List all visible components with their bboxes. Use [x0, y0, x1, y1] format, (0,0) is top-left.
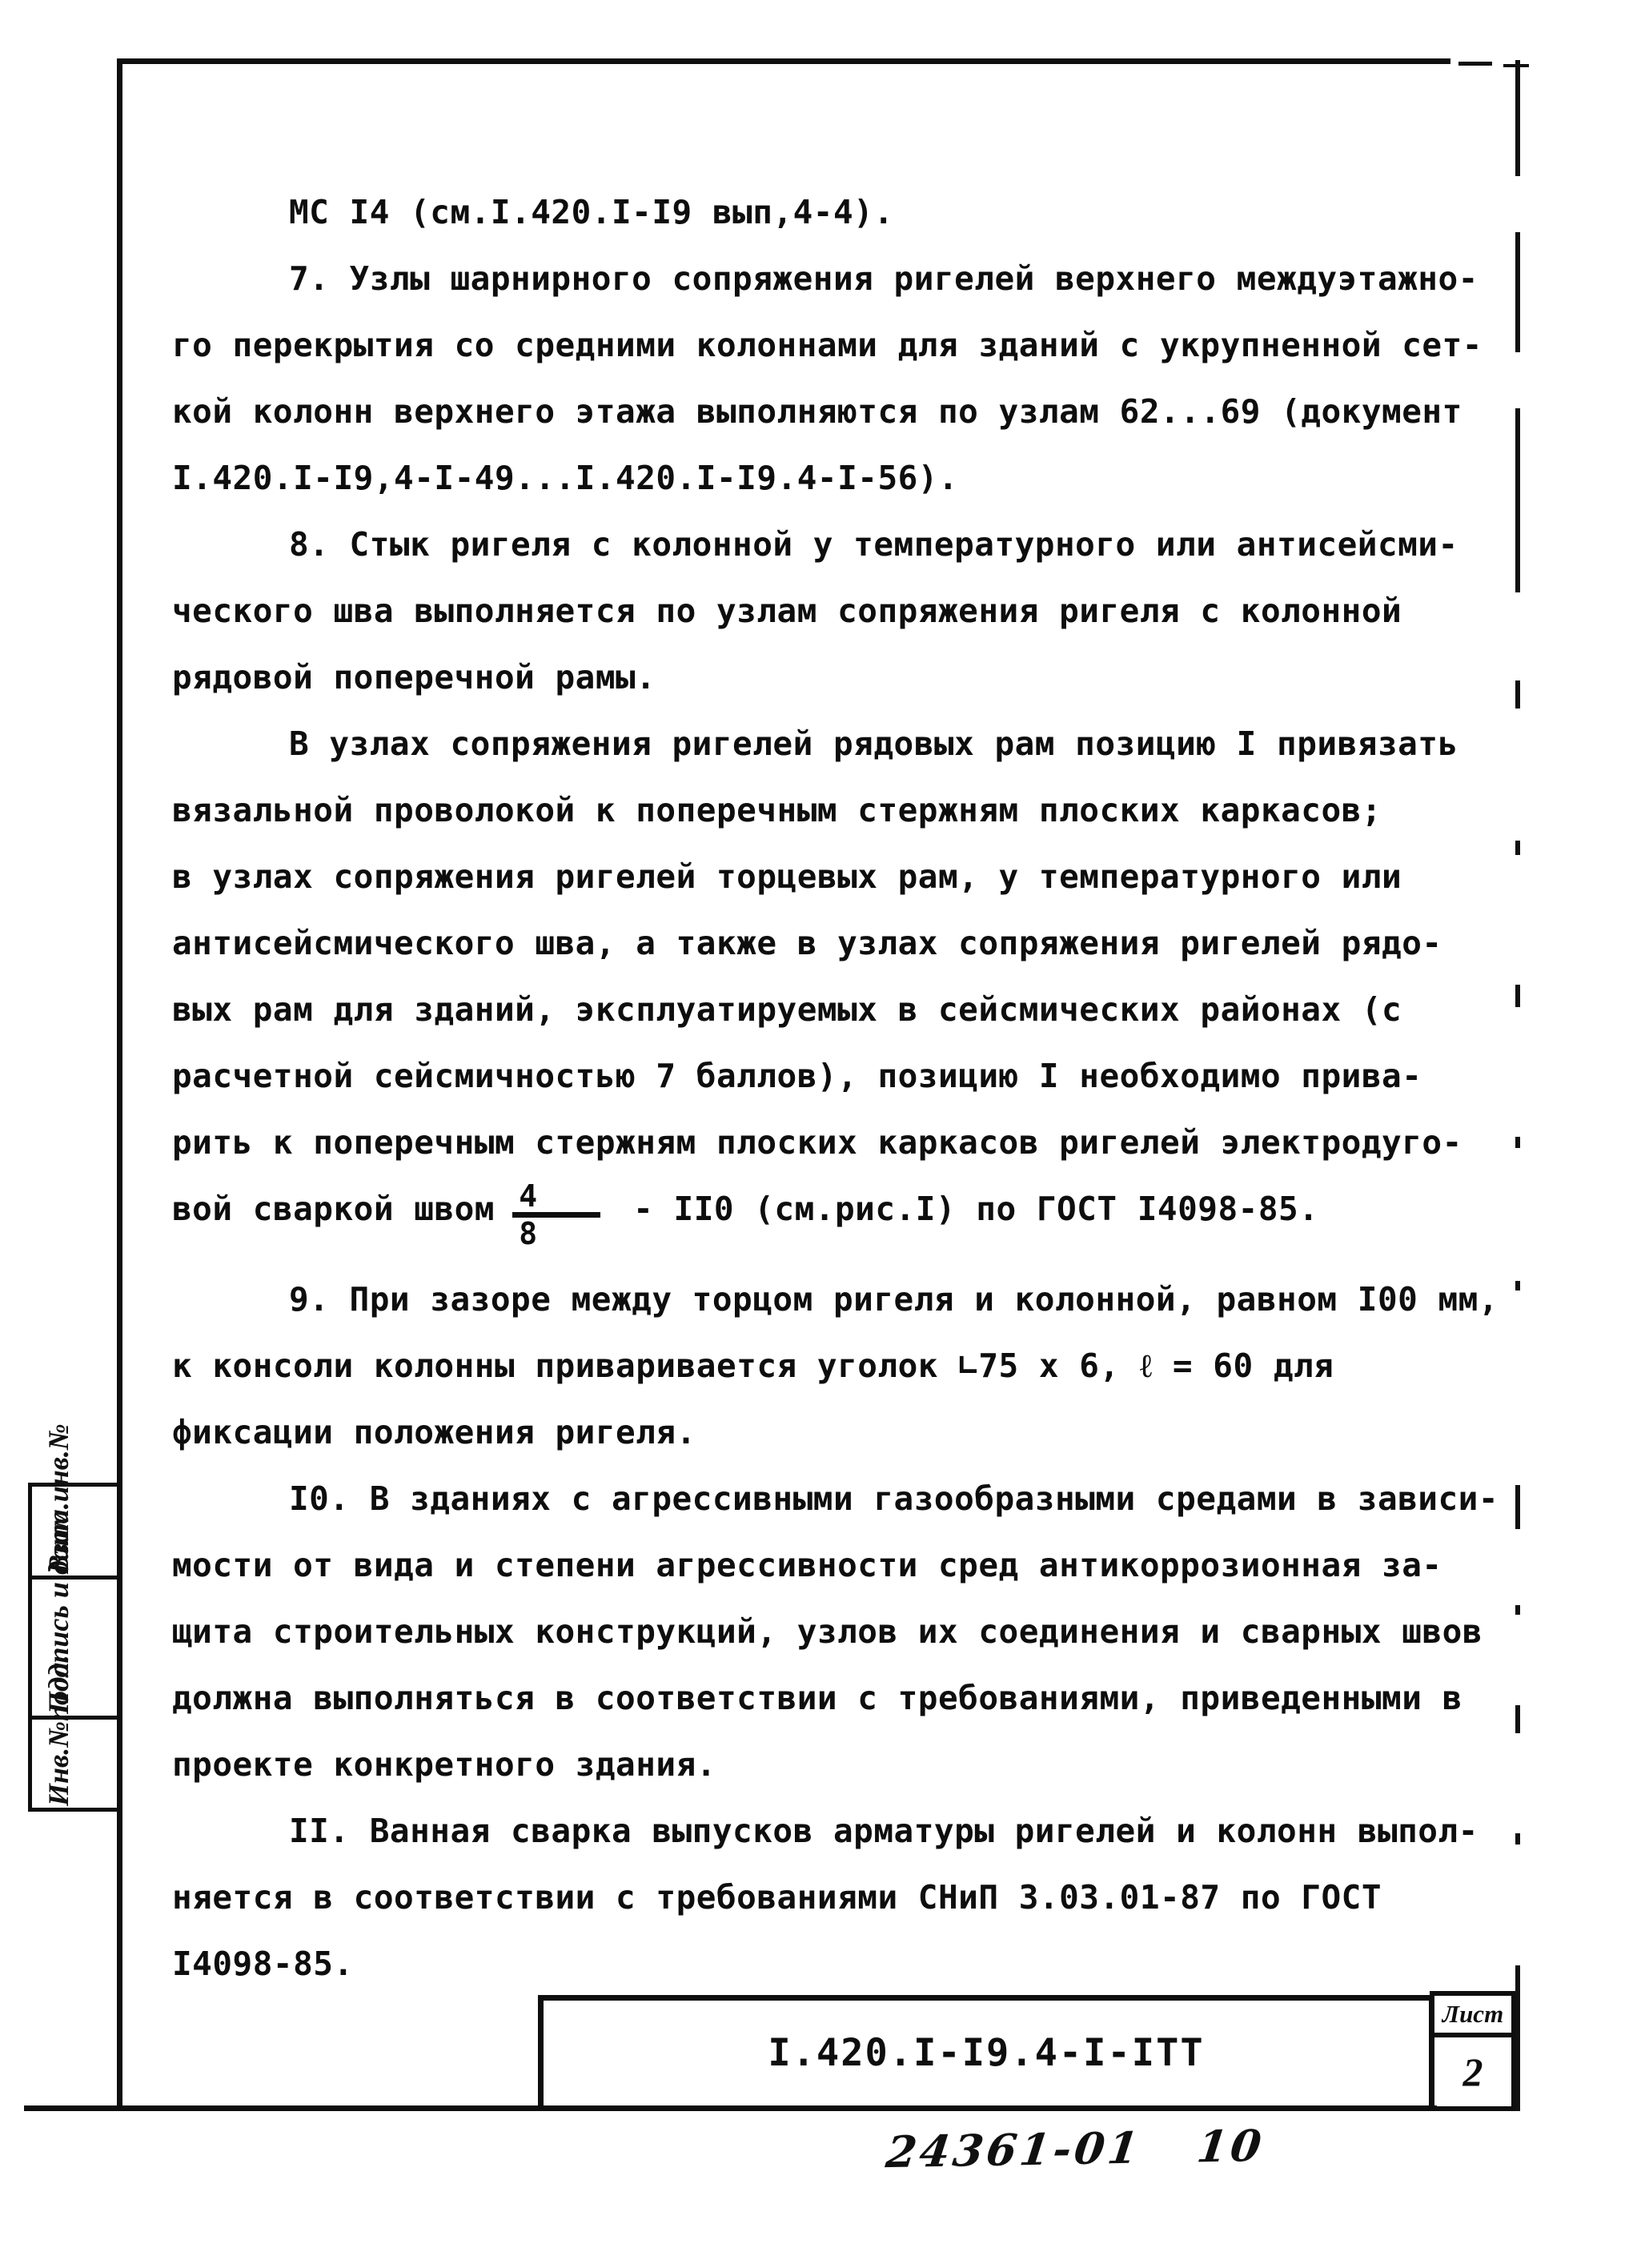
page-frame-top [117, 58, 1450, 64]
page-frame-right-dash [1515, 1705, 1520, 1733]
text-line: кой колонн верхнего этажа выполняются по… [172, 379, 1533, 445]
stamp-divider [28, 1808, 122, 1812]
page-frame-right-dash [1515, 1485, 1520, 1529]
text-line: проекте конкретного здания. [172, 1732, 1533, 1798]
text-line: го перекрытия со средними колоннами для … [172, 312, 1533, 379]
text-line: В узлах сопряжения ригелей рядовых рам п… [172, 711, 1533, 777]
text-line: щита строительных конструкций, узлов их … [172, 1599, 1533, 1665]
page-frame-top-dash [1458, 62, 1492, 66]
text-line: рить к поперечным стержням плоских карка… [172, 1110, 1533, 1176]
text-line: I.420.I-I9,4-I-49...I.420.I-I9.4-I-56). [172, 445, 1533, 512]
text-line: фиксации положения ригеля. [172, 1399, 1533, 1466]
page-frame-right-dash [1515, 60, 1520, 176]
page-frame-right-dash [1515, 1137, 1520, 1148]
stamp-column-left-border [28, 1483, 32, 1812]
text-line: МС I4 (см.I.420.I-I9 вып,4-4). [172, 179, 1533, 246]
text-line: мости от вида и степени агрессивности ср… [172, 1532, 1533, 1599]
text-line: няется в соответствии с требованиями СНи… [172, 1865, 1533, 1931]
text-line: ческого шва выполняется по узлам сопряже… [172, 578, 1533, 644]
text-line: в узлах сопряжения ригелей торцевых рам,… [172, 844, 1533, 910]
page-frame-right-dash [1515, 1281, 1520, 1291]
page-frame-right-dash [1515, 1965, 1520, 2111]
text-line: антисейсмического шва, а также в узлах с… [172, 910, 1533, 977]
text-line: 7. Узлы шарнирного сопряжения ригелей ве… [172, 246, 1533, 312]
handwritten-note: 24361-0110 [884, 2120, 1268, 2178]
page-frame-right-dash [1515, 1833, 1520, 1845]
title-block: I.420.I-I9.4-I-IТТ [538, 1995, 1434, 2111]
text-line: вых рам для зданий, эксплуатируемых в се… [172, 977, 1533, 1043]
document-text: МС I4 (см.I.420.I-I9 вып,4-4).7. Узлы ша… [172, 179, 1533, 1997]
text-line: к консоли колонны приваривается уголок ∟… [172, 1333, 1533, 1399]
text-line: вязальной проволокой к поперечным стержн… [172, 777, 1533, 844]
text-line: I4098-85. [172, 1931, 1533, 1997]
page-frame-right-dash [1515, 680, 1520, 708]
page-frame-right-dash [1515, 985, 1520, 1007]
text-line: 8. Стык ригеля с колонной у температурно… [172, 512, 1533, 578]
handwritten-code: 24361-01 [884, 2122, 1145, 2178]
text-line: расчетной сейсмичностью 7 баллов), позиц… [172, 1043, 1533, 1110]
handwritten-page: 10 [1194, 2120, 1267, 2172]
sheet-number-block: Лист 2 [1430, 1991, 1516, 2111]
stamp-inv-podl: Инв.№подл. [42, 1716, 118, 1806]
weld-seam-fraction: 48 [512, 1182, 600, 1247]
text-line: 9. При зазоре между торцом ригеля и коло… [172, 1266, 1533, 1333]
sheet-number: 2 [1434, 2037, 1511, 2106]
scanned-document-page: Взам.инв.№ Подпись и дата Инв.№подл. МС … [0, 0, 1645, 2268]
text-line: II. Ванная сварка выпусков арматуры риге… [172, 1798, 1533, 1865]
page-frame-right-dash [1515, 841, 1520, 855]
page-frame-right-dash [1515, 232, 1520, 352]
text-line: I0. В зданиях с агрессивными газообразны… [172, 1466, 1533, 1532]
sheet-code: I.420.I-I9.4-I-IТТ [768, 2031, 1204, 2075]
page-frame-right-dash [1515, 1605, 1520, 1615]
sheet-label: Лист [1434, 1996, 1511, 2037]
text-line: должна выполняться в соответствии с треб… [172, 1665, 1533, 1732]
page-frame-right-dash [1515, 408, 1520, 592]
text-line: рядовой поперечной рамы. [172, 644, 1533, 711]
text-line: вой сваркой швом48 - II0 (см.рис.I) по Г… [172, 1176, 1533, 1242]
